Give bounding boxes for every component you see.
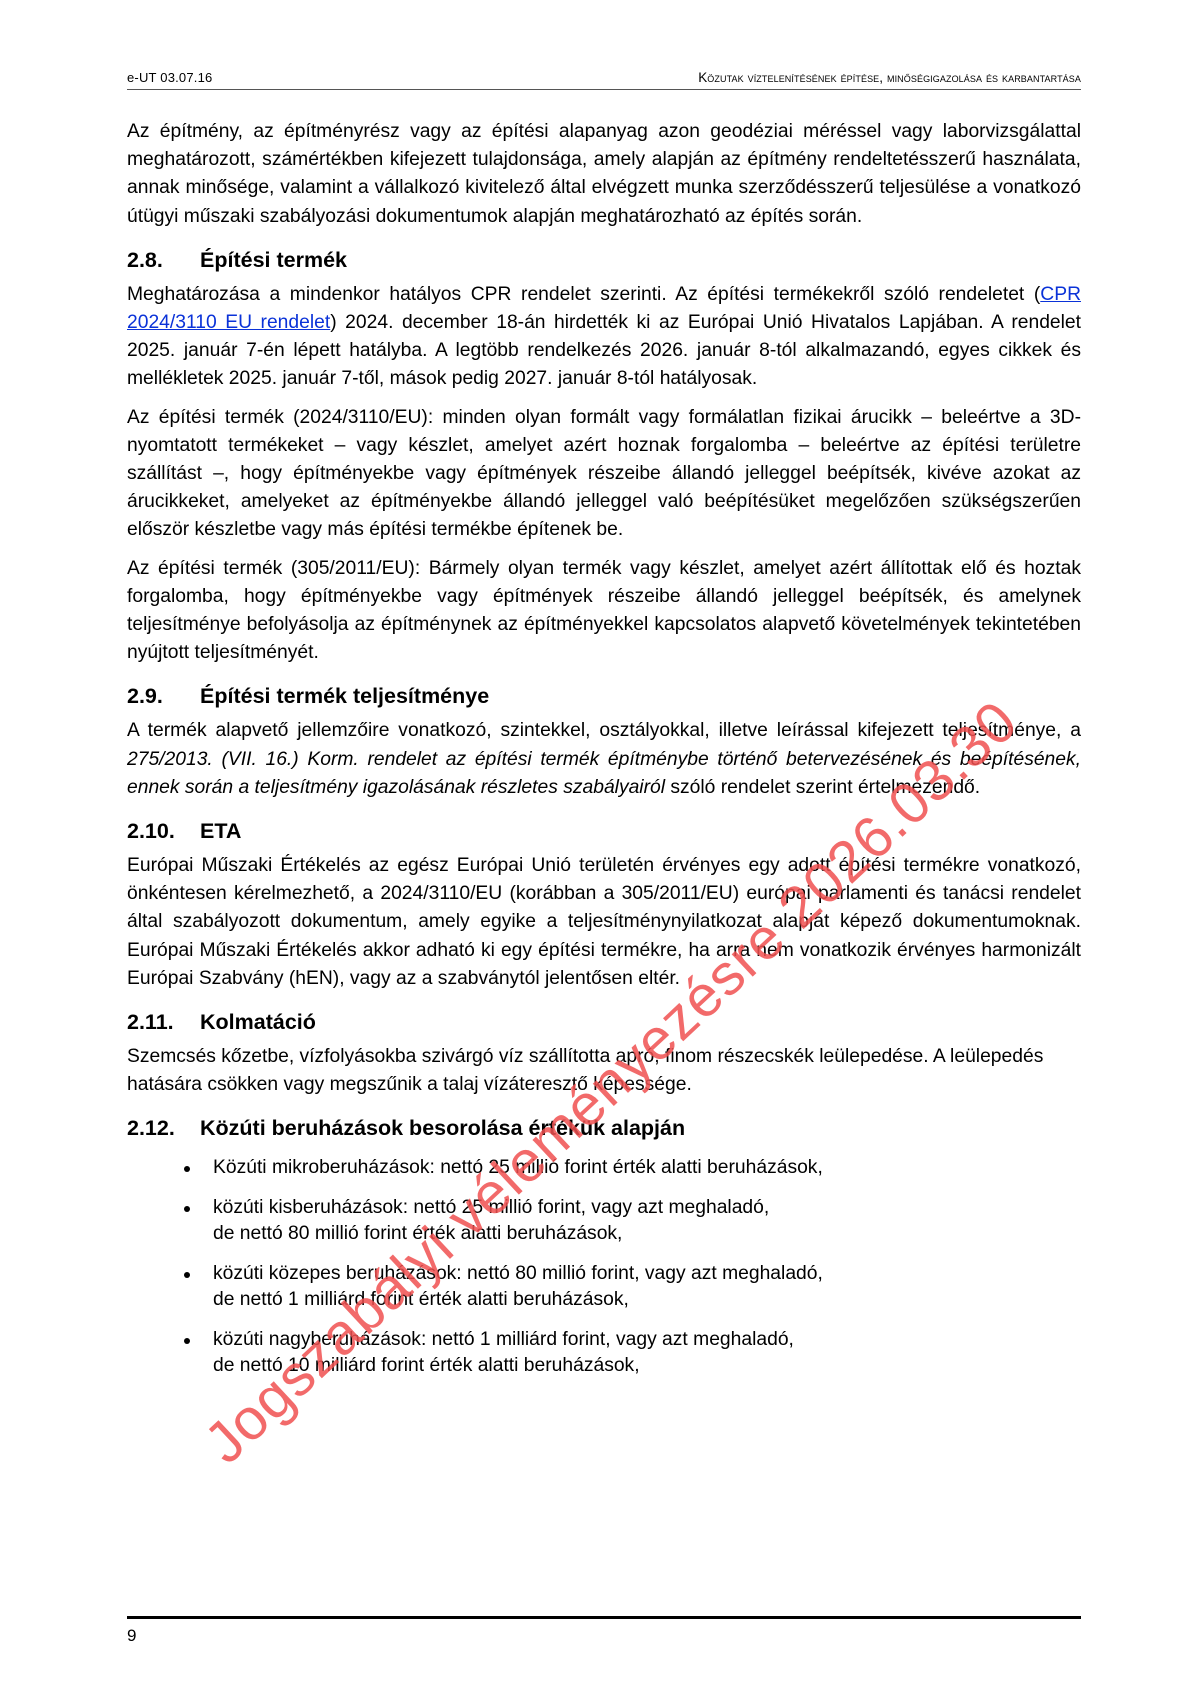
text-run: Meghatározása a mindenkor hatályos CPR r… xyxy=(127,284,1040,305)
section-number: 2.11. xyxy=(127,1009,200,1035)
paragraph: Az építési termék (305/2011/EU): Bármely… xyxy=(127,555,1081,668)
section-title: ETA xyxy=(200,818,241,844)
list-item-text: Közúti mikroberuházások: nettó 25 millió… xyxy=(213,1155,1081,1181)
list-item-text: közúti közepes beruházások: nettó 80 mil… xyxy=(213,1261,1081,1287)
list-item-text: de nettó 80 millió forint érték alatti b… xyxy=(213,1221,1081,1247)
list-item: közúti kisberuházások: nettó 25 millió f… xyxy=(184,1195,1081,1247)
section-heading-2-8: 2.8. Építési termék xyxy=(127,247,1081,273)
section-heading-2-12: 2.12. Közúti beruházások besorolása érté… xyxy=(127,1115,1081,1141)
list-item-text: közúti nagyberuházások: nettó 1 milliárd… xyxy=(213,1327,1081,1353)
document-code: e-UT 03.07.16 xyxy=(127,70,212,85)
bullet-icon xyxy=(184,1272,190,1278)
section-title: Építési termék teljesítménye xyxy=(200,683,489,709)
section-number: 2.12. xyxy=(127,1115,200,1141)
list-item: Közúti mikroberuházások: nettó 25 millió… xyxy=(184,1155,1081,1181)
section-heading-2-11: 2.11. Kolmatáció xyxy=(127,1009,1081,1035)
section-number: 2.8. xyxy=(127,247,200,273)
bullet-icon xyxy=(184,1206,190,1212)
bullet-icon xyxy=(184,1166,190,1172)
paragraph: A termék alapvető jellemzőire vonatkozó,… xyxy=(127,717,1081,802)
page-number: 9 xyxy=(127,1626,136,1646)
bullet-icon xyxy=(184,1338,190,1344)
paragraph: Szemcsés kőzetbe, vízfolyásokba szivárgó… xyxy=(127,1043,1081,1099)
text-run: A termék alapvető jellemzőire vonatkozó,… xyxy=(127,720,1081,741)
paragraph: Az építési termék (2024/3110/EU): minden… xyxy=(127,404,1081,545)
page-content: Az építmény, az építményrész vagy az épí… xyxy=(127,118,1081,1393)
paragraph: Európai Műszaki Értékelés az egész Európ… xyxy=(127,852,1081,993)
section-heading-2-9: 2.9. Építési termék teljesítménye xyxy=(127,683,1081,709)
list-item-text: de nettó 1 milliárd forint érték alatti … xyxy=(213,1287,1081,1313)
section-heading-2-10: 2.10. ETA xyxy=(127,818,1081,844)
document-title: Közutak víztelenítésének építése, minősé… xyxy=(698,70,1081,85)
section-title: Építési termék xyxy=(200,247,347,273)
section-title: Kolmatáció xyxy=(200,1009,316,1035)
section-title: Közúti beruházások besorolása értékük al… xyxy=(200,1115,685,1141)
section-number: 2.10. xyxy=(127,818,200,844)
list-item: közúti nagyberuházások: nettó 1 milliárd… xyxy=(184,1327,1081,1379)
paragraph: Meghatározása a mindenkor hatályos CPR r… xyxy=(127,281,1081,394)
investment-category-list: Közúti mikroberuházások: nettó 25 millió… xyxy=(127,1155,1081,1379)
intro-paragraph: Az építmény, az építményrész vagy az épí… xyxy=(127,118,1081,231)
text-run: szóló rendelet szerint értelmezendő. xyxy=(665,777,980,798)
list-item: közúti közepes beruházások: nettó 80 mil… xyxy=(184,1261,1081,1313)
page-header: e-UT 03.07.16 Közutak víztelenítésének é… xyxy=(127,68,1081,90)
section-number: 2.9. xyxy=(127,683,200,709)
list-item-text: közúti kisberuházások: nettó 25 millió f… xyxy=(213,1195,1081,1221)
list-item-text: de nettó 10 milliárd forint érték alatti… xyxy=(213,1353,1081,1379)
footer-rule xyxy=(127,1616,1081,1619)
